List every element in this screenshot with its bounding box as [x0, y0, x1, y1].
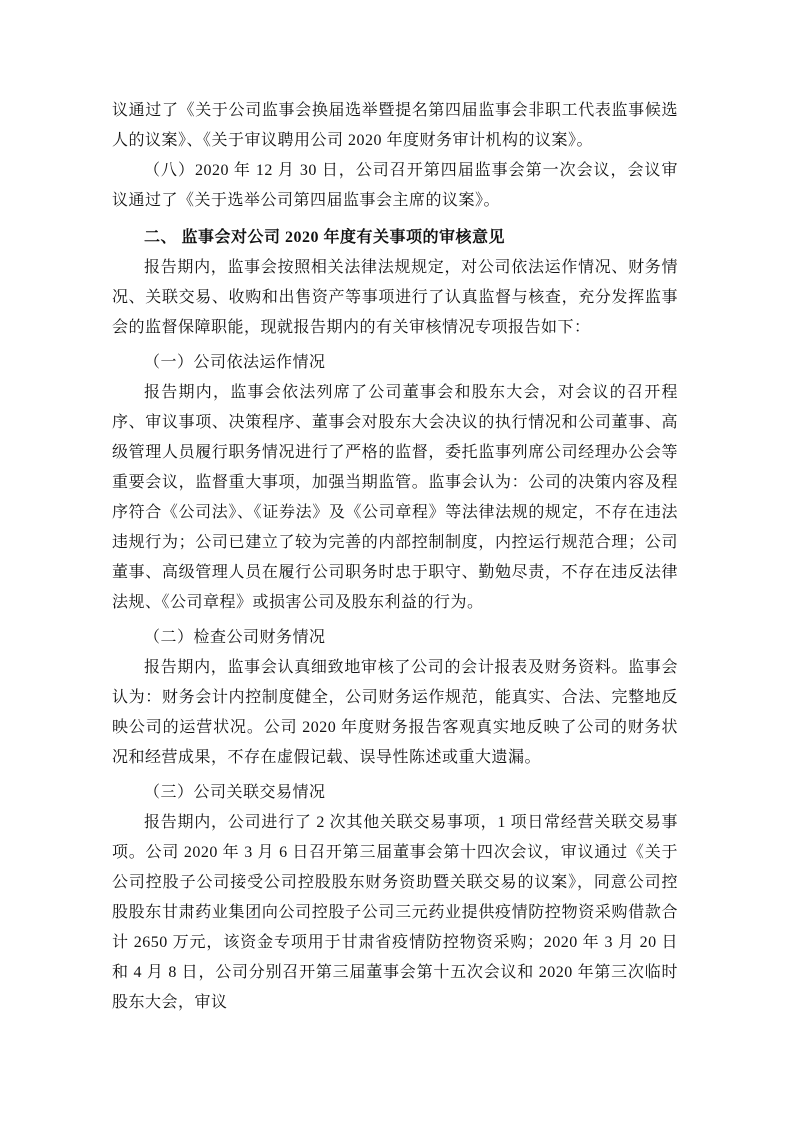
paragraph-related-transactions: 报告期内，公司进行了 2 次其他关联交易事项，1 项日常经营关联交易事项。公司 …: [112, 808, 678, 1018]
paragraph-continuation: 议通过了《关于公司监事会换届选举暨提名第四届监事会非职工代表监事候选人的议案》、…: [112, 96, 678, 156]
paragraph-financial-check: 报告期内，监事会认真细致地审核了公司的会计报表及财务资料。监事会认为：财务会计内…: [112, 653, 678, 773]
document-page: 议通过了《关于公司监事会换届选举暨提名第四届监事会非职工代表监事候选人的议案》、…: [0, 0, 793, 1122]
paragraph-lawful-operation: 报告期内，监事会依法列席了公司董事会和股东大会，对会议的召开程序、审议事项、决策…: [112, 378, 678, 618]
paragraph-item-8: （八）2020 年 12 月 30 日，公司召开第四届监事会第一次会议，会议审议…: [112, 156, 678, 216]
document-text-block: 议通过了《关于公司监事会换届选举暨提名第四届监事会非职工代表监事候选人的议案》、…: [112, 96, 678, 1018]
subsection-label-2: （二）检查公司财务情况: [112, 623, 678, 653]
section-heading-2: 二、 监事会对公司 2020 年度有关事项的审核意见: [112, 223, 678, 253]
subsection-label-1: （一）公司依法运作情况: [112, 348, 678, 378]
paragraph-section-intro: 报告期内，监事会按照相关法律法规规定，对公司依法运作情况、财务情况、关联交易、收…: [112, 253, 678, 343]
subsection-label-3: （三）公司关联交易情况: [112, 778, 678, 808]
